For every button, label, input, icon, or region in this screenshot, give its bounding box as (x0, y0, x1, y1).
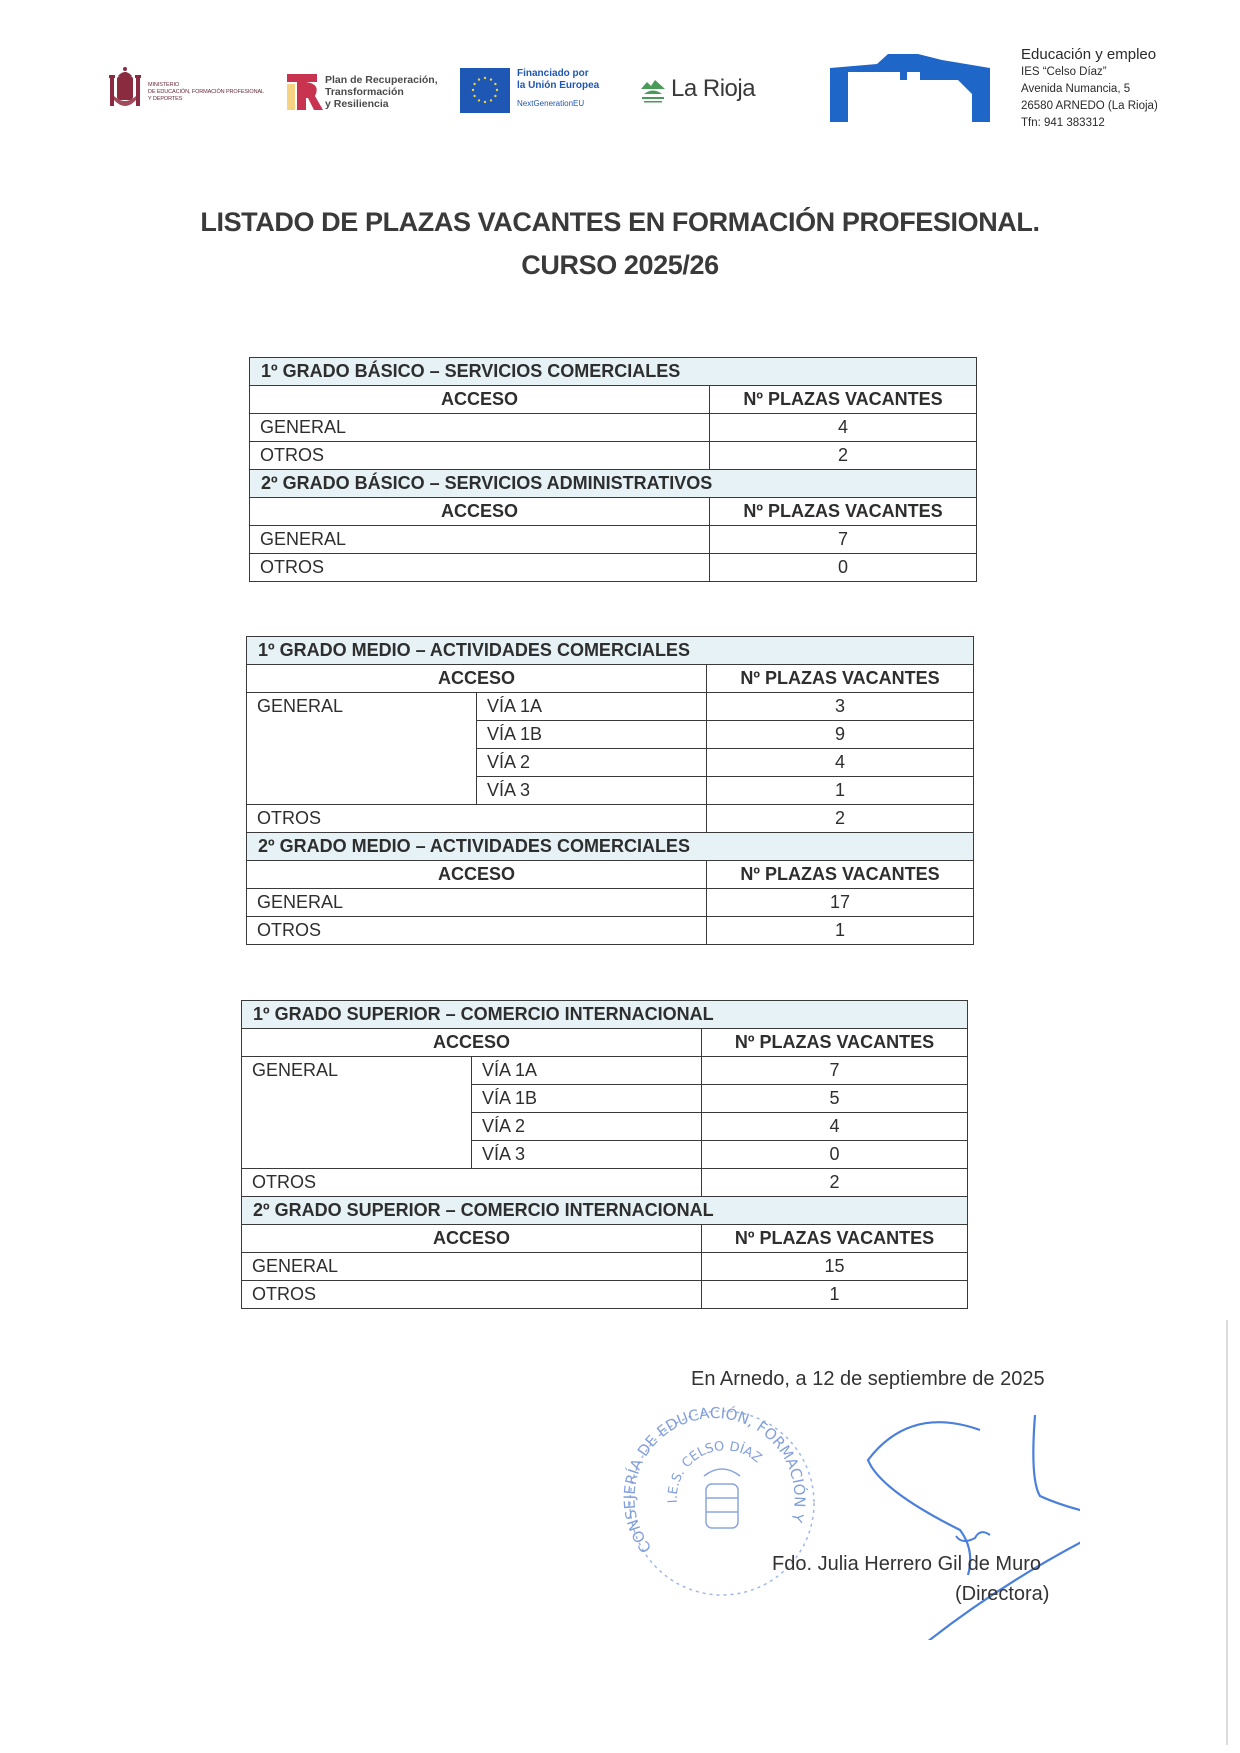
table-row: GENERAL 4 (250, 414, 977, 442)
access-cell: OTROS (250, 442, 710, 470)
section-row: 1º GRADO SUPERIOR – COMERCIO INTERNACION… (242, 1001, 968, 1029)
vacancies-cell: 4 (707, 749, 974, 777)
access-cell: GENERAL (242, 1253, 702, 1281)
section-title: 2º GRADO SUPERIOR – COMERCIO INTERNACION… (242, 1197, 968, 1225)
table-row: GENERAL 17 (247, 889, 974, 917)
access-cell: OTROS (247, 805, 707, 833)
ies-building-icon (822, 48, 992, 124)
vacancies-cell: 4 (710, 414, 977, 442)
vacancies-cell: 0 (710, 554, 977, 582)
access-cell: OTROS (247, 917, 707, 945)
vacancies-table-grado-superior: 1º GRADO SUPERIOR – COMERCIO INTERNACION… (241, 1000, 968, 1309)
via-cell: VÍA 3 (477, 777, 707, 805)
signatory-role: (Directora) (955, 1583, 1049, 1606)
section-row: 2º GRADO BÁSICO – SERVICIOS ADMINISTRATI… (250, 470, 977, 498)
vacancies-cell: 5 (702, 1085, 968, 1113)
la-rioja-logo: La Rioja (640, 76, 760, 108)
table-row: OTROS 1 (247, 917, 974, 945)
header-row: ACCESO Nº PLAZAS VACANTES (247, 861, 974, 889)
vacancies-cell: 1 (702, 1281, 968, 1309)
table-row: GENERAL VÍA 1A 3 (247, 693, 974, 721)
column-header-access: ACCESO (250, 386, 710, 414)
vacancies-cell: 9 (707, 721, 974, 749)
contact-address: Avenida Numancia, 5 (1021, 81, 1158, 98)
header-row: ACCESO Nº PLAZAS VACANTES (242, 1029, 968, 1057)
eu-funded-text: Financiado por la Unión Europea (517, 68, 599, 92)
eu-logo: Financiado por la Unión Europea NextGene… (460, 68, 610, 114)
via-cell: VÍA 2 (472, 1113, 702, 1141)
column-header-access: ACCESO (247, 665, 707, 693)
vacancies-cell: 17 (707, 889, 974, 917)
contact-department: Educación y empleo (1021, 45, 1158, 64)
official-stamp-icon: CONSEJERÍA DE EDUCACIÓN, FORMACIÓN Y EMP… (612, 1398, 832, 1608)
column-header-access: ACCESO (242, 1029, 702, 1057)
access-cell: GENERAL (247, 889, 707, 917)
via-cell: VÍA 1A (472, 1057, 702, 1085)
access-cell: GENERAL (250, 526, 710, 554)
column-header-access: ACCESO (242, 1225, 702, 1253)
vacancies-table-grado-medio: 1º GRADO MEDIO – ACTIVIDADES COMERCIALES… (246, 636, 974, 945)
access-cell-general: GENERAL (247, 693, 477, 805)
header-row: ACCESO Nº PLAZAS VACANTES (247, 665, 974, 693)
vacancies-table-grado-basico: 1º GRADO BÁSICO – SERVICIOS COMERCIALES … (249, 357, 977, 582)
vacancies-cell: 0 (702, 1141, 968, 1169)
header-row: ACCESO Nº PLAZAS VACANTES (250, 386, 977, 414)
table-row: GENERAL 7 (250, 526, 977, 554)
access-cell: OTROS (242, 1169, 702, 1197)
prtr-text: Plan de Recuperación, Transformación y R… (325, 74, 438, 110)
section-title: 1º GRADO SUPERIOR – COMERCIO INTERNACION… (242, 1001, 968, 1029)
la-rioja-mountains-icon (640, 78, 666, 104)
section-row: 2º GRADO SUPERIOR – COMERCIO INTERNACION… (242, 1197, 968, 1225)
table-row: OTROS 1 (242, 1281, 968, 1309)
column-header-vacancies: Nº PLAZAS VACANTES (710, 386, 977, 414)
header-row: ACCESO Nº PLAZAS VACANTES (250, 498, 977, 526)
ies-celso-diaz-logo (822, 48, 992, 124)
contact-city: 26580 ARNEDO (La Rioja) (1021, 98, 1158, 115)
signing-date: En Arnedo, a 12 de septiembre de 2025 (691, 1368, 1045, 1391)
via-cell: VÍA 2 (477, 749, 707, 777)
document-subtitle: CURSO 2025/26 (0, 250, 1240, 281)
stamp-inner-text: I.E.S. CELSO DÍAZ (666, 1439, 765, 1504)
prtr-logo: Plan de Recuperación, Transformación y R… (285, 68, 450, 114)
spain-coat-of-arms-icon (108, 66, 142, 114)
svg-text:I.E.S. CELSO DÍAZ: I.E.S. CELSO DÍAZ (666, 1439, 765, 1504)
via-cell: VÍA 3 (472, 1141, 702, 1169)
section-title: 1º GRADO MEDIO – ACTIVIDADES COMERCIALES (247, 637, 974, 665)
table-row: OTROS 0 (250, 554, 977, 582)
vacancies-cell: 15 (702, 1253, 968, 1281)
section-title: 1º GRADO BÁSICO – SERVICIOS COMERCIALES (250, 358, 977, 386)
school-contact-block: Educación y empleo IES “Celso Díaz” Aven… (1021, 45, 1158, 132)
contact-phone: Tfn: 941 383312 (1021, 115, 1158, 132)
via-cell: VÍA 1A (477, 693, 707, 721)
eu-flag-icon (460, 68, 510, 113)
table-row: OTROS 2 (242, 1169, 968, 1197)
ministerio-logo: MINISTERIO DE EDUCACIÓN, FORMACIÓN PROFE… (108, 66, 278, 118)
via-cell: VÍA 1B (472, 1085, 702, 1113)
vacancies-cell: 7 (702, 1057, 968, 1085)
column-header-vacancies: Nº PLAZAS VACANTES (707, 665, 974, 693)
via-cell: VÍA 1B (477, 721, 707, 749)
column-header-vacancies: Nº PLAZAS VACANTES (707, 861, 974, 889)
section-row: 1º GRADO MEDIO – ACTIVIDADES COMERCIALES (247, 637, 974, 665)
section-title: 2º GRADO BÁSICO – SERVICIOS ADMINISTRATI… (250, 470, 977, 498)
table-row: GENERAL 15 (242, 1253, 968, 1281)
signatory-name: Fdo. Julia Herrero Gil de Muro (772, 1553, 1041, 1576)
column-header-access: ACCESO (247, 861, 707, 889)
vacancies-cell: 2 (710, 442, 977, 470)
contact-school: IES “Celso Díaz” (1021, 64, 1158, 81)
section-row: 2º GRADO MEDIO – ACTIVIDADES COMERCIALES (247, 833, 974, 861)
la-rioja-text: La Rioja (671, 75, 755, 103)
table-row: OTROS 2 (250, 442, 977, 470)
column-header-vacancies: Nº PLAZAS VACANTES (702, 1225, 968, 1253)
scan-artifact-line (1226, 1320, 1228, 1745)
svg-text:CONSEJERÍA DE EDUCACIÓN, FORMA: CONSEJERÍA DE EDUCACIÓN, FORMACIÓN Y EMP… (612, 1398, 810, 1556)
column-header-vacancies: Nº PLAZAS VACANTES (702, 1029, 968, 1057)
access-cell-general: GENERAL (242, 1057, 472, 1169)
ministerio-text: MINISTERIO DE EDUCACIÓN, FORMACIÓN PROFE… (148, 82, 264, 103)
vacancies-cell: 3 (707, 693, 974, 721)
vacancies-cell: 1 (707, 777, 974, 805)
access-cell: GENERAL (250, 414, 710, 442)
column-header-vacancies: Nº PLAZAS VACANTES (710, 498, 977, 526)
stamp-outer-text: CONSEJERÍA DE EDUCACIÓN, FORMACIÓN Y EMP… (612, 1398, 810, 1556)
document-title: LISTADO DE PLAZAS VACANTES EN FORMACIÓN … (0, 207, 1240, 238)
section-title: 2º GRADO MEDIO – ACTIVIDADES COMERCIALES (247, 833, 974, 861)
table-row: OTROS 2 (247, 805, 974, 833)
access-cell: OTROS (250, 554, 710, 582)
vacancies-cell: 1 (707, 917, 974, 945)
header-row: ACCESO Nº PLAZAS VACANTES (242, 1225, 968, 1253)
section-row: 1º GRADO BÁSICO – SERVICIOS COMERCIALES (250, 358, 977, 386)
prtr-tr-icon (287, 70, 323, 112)
eu-nextgen-text: NextGenerationEU (517, 99, 584, 108)
access-cell: OTROS (242, 1281, 702, 1309)
vacancies-cell: 2 (707, 805, 974, 833)
column-header-access: ACCESO (250, 498, 710, 526)
table-row: GENERAL VÍA 1A 7 (242, 1057, 968, 1085)
vacancies-cell: 7 (710, 526, 977, 554)
vacancies-cell: 4 (702, 1113, 968, 1141)
vacancies-cell: 2 (702, 1169, 968, 1197)
